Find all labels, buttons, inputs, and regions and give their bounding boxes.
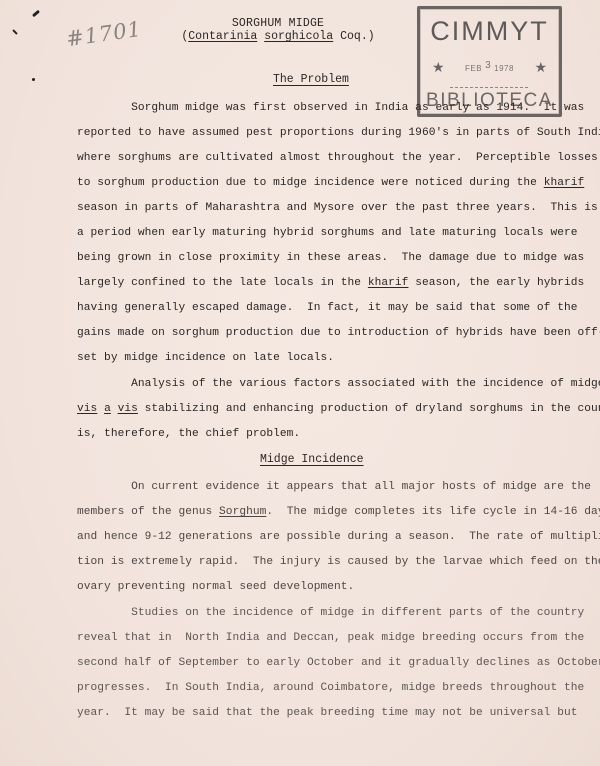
text-line: On current evidence it appears that all …: [77, 481, 591, 493]
stamp-month: FEB: [465, 64, 482, 73]
text-line: ovary preventing normal seed development…: [77, 581, 354, 593]
text-line: largely confined to the late locals in t…: [77, 277, 584, 289]
section-heading-midge-incidence: Midge Incidence: [260, 453, 364, 466]
term-vis: vis: [118, 403, 138, 415]
text-line: being grown in close proximity in these …: [77, 252, 584, 264]
text-line: and hence 9-12 generations are possible …: [77, 531, 600, 543]
text-line: second half of September to early Octobe…: [77, 657, 600, 669]
subtitle-genus: Contarinia: [188, 30, 257, 43]
stamp-day: 3: [485, 60, 491, 71]
term-kharif: kharif: [544, 177, 585, 189]
text-line: is, therefore, the chief problem.: [77, 428, 300, 440]
stamp-year: 1978: [494, 64, 514, 73]
text-span: members of the genus: [77, 506, 219, 518]
text-line: reveal that in North India and Deccan, p…: [77, 632, 584, 644]
term-sorghum: Sorghum: [219, 506, 266, 518]
text-line: set by midge incidence on late locals.: [77, 352, 334, 364]
subtitle-species: sorghicola: [264, 30, 333, 43]
text-line: Sorghum midge was first observed in Indi…: [77, 102, 584, 114]
text-line: season in parts of Maharashtra and Mysor…: [77, 202, 598, 214]
text-line: to sorghum production due to midge incid…: [77, 177, 584, 189]
subtitle-author: Coq.): [340, 30, 375, 43]
term-kharif: kharif: [368, 277, 409, 289]
library-stamp: CIMMYT ★ ★ FEB31978 BIBLIOTECA: [417, 6, 562, 117]
text-line: progresses. In South India, around Coimb…: [77, 682, 584, 694]
text-line: Studies on the incidence of midge in dif…: [77, 607, 584, 619]
stamp-date: FEB31978: [420, 63, 559, 74]
section-heading-problem: The Problem: [273, 73, 349, 86]
text-line: vis a vis stabilizing and enhancing prod…: [77, 403, 600, 415]
text-line: a period when early maturing hybrid sorg…: [77, 227, 578, 239]
text-line: year. It may be said that the peak breed…: [77, 707, 578, 719]
text-span: season, the early hybrids: [408, 277, 584, 289]
stamp-org: CIMMYT: [420, 16, 559, 47]
text-line: gains made on sorghum production due to …: [77, 327, 600, 339]
text-span: to sorghum production due to midge incid…: [77, 177, 544, 189]
term-a: a: [104, 403, 111, 415]
text-line: Analysis of the various factors associat…: [77, 378, 600, 390]
stamp-divider: [450, 87, 528, 88]
term-vis: vis: [77, 403, 97, 415]
text-span: stabilizing and enhancing production of …: [138, 403, 600, 415]
text-line: tion is extremely rapid. The injury is c…: [77, 556, 600, 568]
text-line: having generally escaped damage. In fact…: [77, 302, 578, 314]
document-page: #1701 SORGHUM MIDGE (Contarinia sorghico…: [0, 0, 600, 766]
text-line: reported to have assumed pest proportion…: [77, 127, 600, 139]
ink-mark: [32, 78, 35, 81]
text-span: . The midge completes its life cycle in …: [266, 506, 600, 518]
text-span: largely confined to the late locals in t…: [77, 277, 368, 289]
text-line: where sorghums are cultivated almost thr…: [77, 152, 598, 164]
text-line: members of the genus Sorghum. The midge …: [77, 506, 600, 518]
